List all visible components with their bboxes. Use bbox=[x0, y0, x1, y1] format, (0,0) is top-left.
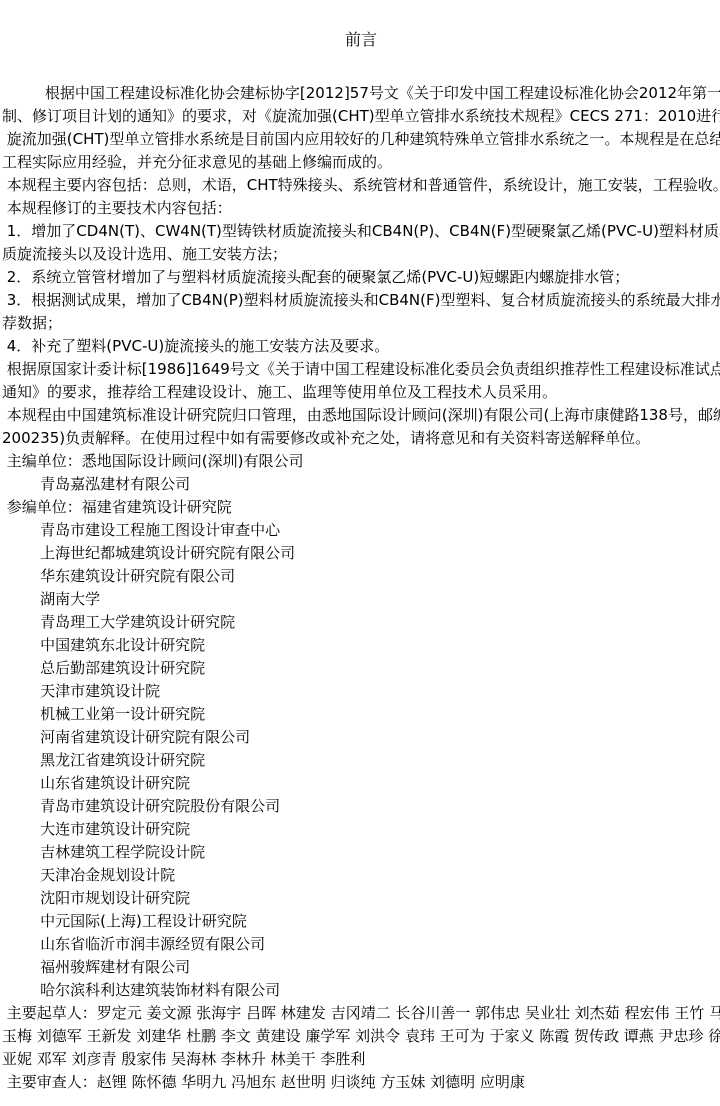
text-line: 大连市建筑设计研究院 bbox=[2, 818, 720, 841]
text-line: 2．系统立管管材增加了与塑料材质旋流接头配套的硬聚氯乙烯(PVC-U)短螺距内螺… bbox=[2, 266, 720, 289]
text-line: 参编单位：福建省建筑设计研究院 bbox=[2, 496, 720, 519]
page-title: 前言 bbox=[2, 0, 720, 51]
text-line: 青岛嘉泓建材有限公司 bbox=[2, 473, 720, 496]
text-line: 荐数据； bbox=[2, 312, 720, 335]
text-line: 上海世纪都城建筑设计研究院有限公司 bbox=[2, 542, 720, 565]
text-line: 湖南大学 bbox=[2, 588, 720, 611]
text-line: 工程实际应用经验，并充分征求意见的基础上修编而成的。 bbox=[2, 151, 720, 174]
document-body: 根据中国工程建设标准化协会建标协字[2012]57号文《关于印发中国工程建设标准… bbox=[2, 82, 720, 1094]
text-line: 200235)负责解释。在使用过程中如有需要修改或补充之处，请将意见和有关资料寄… bbox=[2, 427, 720, 450]
text-line: 通知》的要求，推荐给工程建设设计、施工、监理等使用单位及工程技术人员采用。 bbox=[2, 381, 720, 404]
text-line: 本规程由中国建筑标准设计研究院归口管理，由悉地国际设计顾问(深圳)有限公司(上海… bbox=[2, 404, 720, 427]
text-line: 根据原国家计委计标[1986]1649号文《关于请中国工程建设标准化委员会负责组… bbox=[2, 358, 720, 381]
text-line: 山东省临沂市润丰源经贸有限公司 bbox=[2, 933, 720, 956]
text-line: 河南省建筑设计研究院有限公司 bbox=[2, 726, 720, 749]
text-line: 福州骏辉建材有限公司 bbox=[2, 956, 720, 979]
text-line: 黑龙江省建筑设计研究院 bbox=[2, 749, 720, 772]
text-line: 根据中国工程建设标准化协会建标协字[2012]57号文《关于印发中国工程建设标准… bbox=[2, 82, 720, 105]
text-line: 青岛市建筑设计研究院股份有限公司 bbox=[2, 795, 720, 818]
text-line: 青岛市建设工程施工图设计审查中心 bbox=[2, 519, 720, 542]
text-line: 玉梅 刘德军 王新发 刘建华 杜鹏 李文 黄建设 廉学军 刘洪令 袁玮 王可为 … bbox=[2, 1025, 720, 1048]
text-line: 4．补充了塑料(PVC-U)旋流接头的施工安装方法及要求。 bbox=[2, 335, 720, 358]
text-line: 天津市建筑设计院 bbox=[2, 680, 720, 703]
text-line: 总后勤部建筑设计研究院 bbox=[2, 657, 720, 680]
text-line: 亚妮 邓军 刘彦青 殷家伟 吴海林 李林升 林美干 李胜利 bbox=[2, 1048, 720, 1071]
text-line: 机械工业第一设计研究院 bbox=[2, 703, 720, 726]
text-line: 3．根据测试成果，增加了CB4N(P)塑料材质旋流接头和CB4N(F)型塑料、复… bbox=[2, 289, 720, 312]
text-line: 本规程主要内容包括：总则，术语，CHT特殊接头、系统管材和普通管件，系统设计，施… bbox=[2, 174, 720, 197]
text-line: 青岛理工大学建筑设计研究院 bbox=[2, 611, 720, 634]
text-line: 主要起草人：罗定元 姜文源 张海宇 吕晖 林建发 吉冈靖二 长谷川善一 郭伟忠 … bbox=[2, 1002, 720, 1025]
text-line: 质旋流接头以及设计选用、施工安装方法； bbox=[2, 243, 720, 266]
text-line: 天津冶金规划设计院 bbox=[2, 864, 720, 887]
text-line: 主编单位：悉地国际设计顾问(深圳)有限公司 bbox=[2, 450, 720, 473]
text-line: 本规程修订的主要技术内容包括： bbox=[2, 197, 720, 220]
text-line: 吉林建筑工程学院设计院 bbox=[2, 841, 720, 864]
text-line: 主要审查人：赵锂 陈怀德 华明九 冯旭东 赵世明 归谈纯 方玉妹 刘德明 应明康 bbox=[2, 1071, 720, 1094]
document-page: 前言 根据中国工程建设标准化协会建标协字[2012]57号文《关于印发中国工程建… bbox=[0, 0, 720, 1094]
text-line: 华东建筑设计研究院有限公司 bbox=[2, 565, 720, 588]
text-line: 哈尔滨科利达建筑装饰材料有限公司 bbox=[2, 979, 720, 1002]
text-line: 1．增加了CD4N(T)、CW4N(T)型铸铁材质旋流接头和CB4N(P)、CB… bbox=[2, 220, 720, 243]
text-line: 旋流加强(CHT)型单立管排水系统是目前国内应用较好的几种建筑特殊单立管排水系统… bbox=[2, 128, 720, 151]
text-line: 沈阳市规划设计研究院 bbox=[2, 887, 720, 910]
text-line: 制、修订项目计划的通知》的要求，对《旋流加强(CHT)型单立管排水系统技术规程》… bbox=[2, 105, 720, 128]
text-line: 中元国际(上海)工程设计研究院 bbox=[2, 910, 720, 933]
text-line: 中国建筑东北设计研究院 bbox=[2, 634, 720, 657]
text-line: 山东省建筑设计研究院 bbox=[2, 772, 720, 795]
